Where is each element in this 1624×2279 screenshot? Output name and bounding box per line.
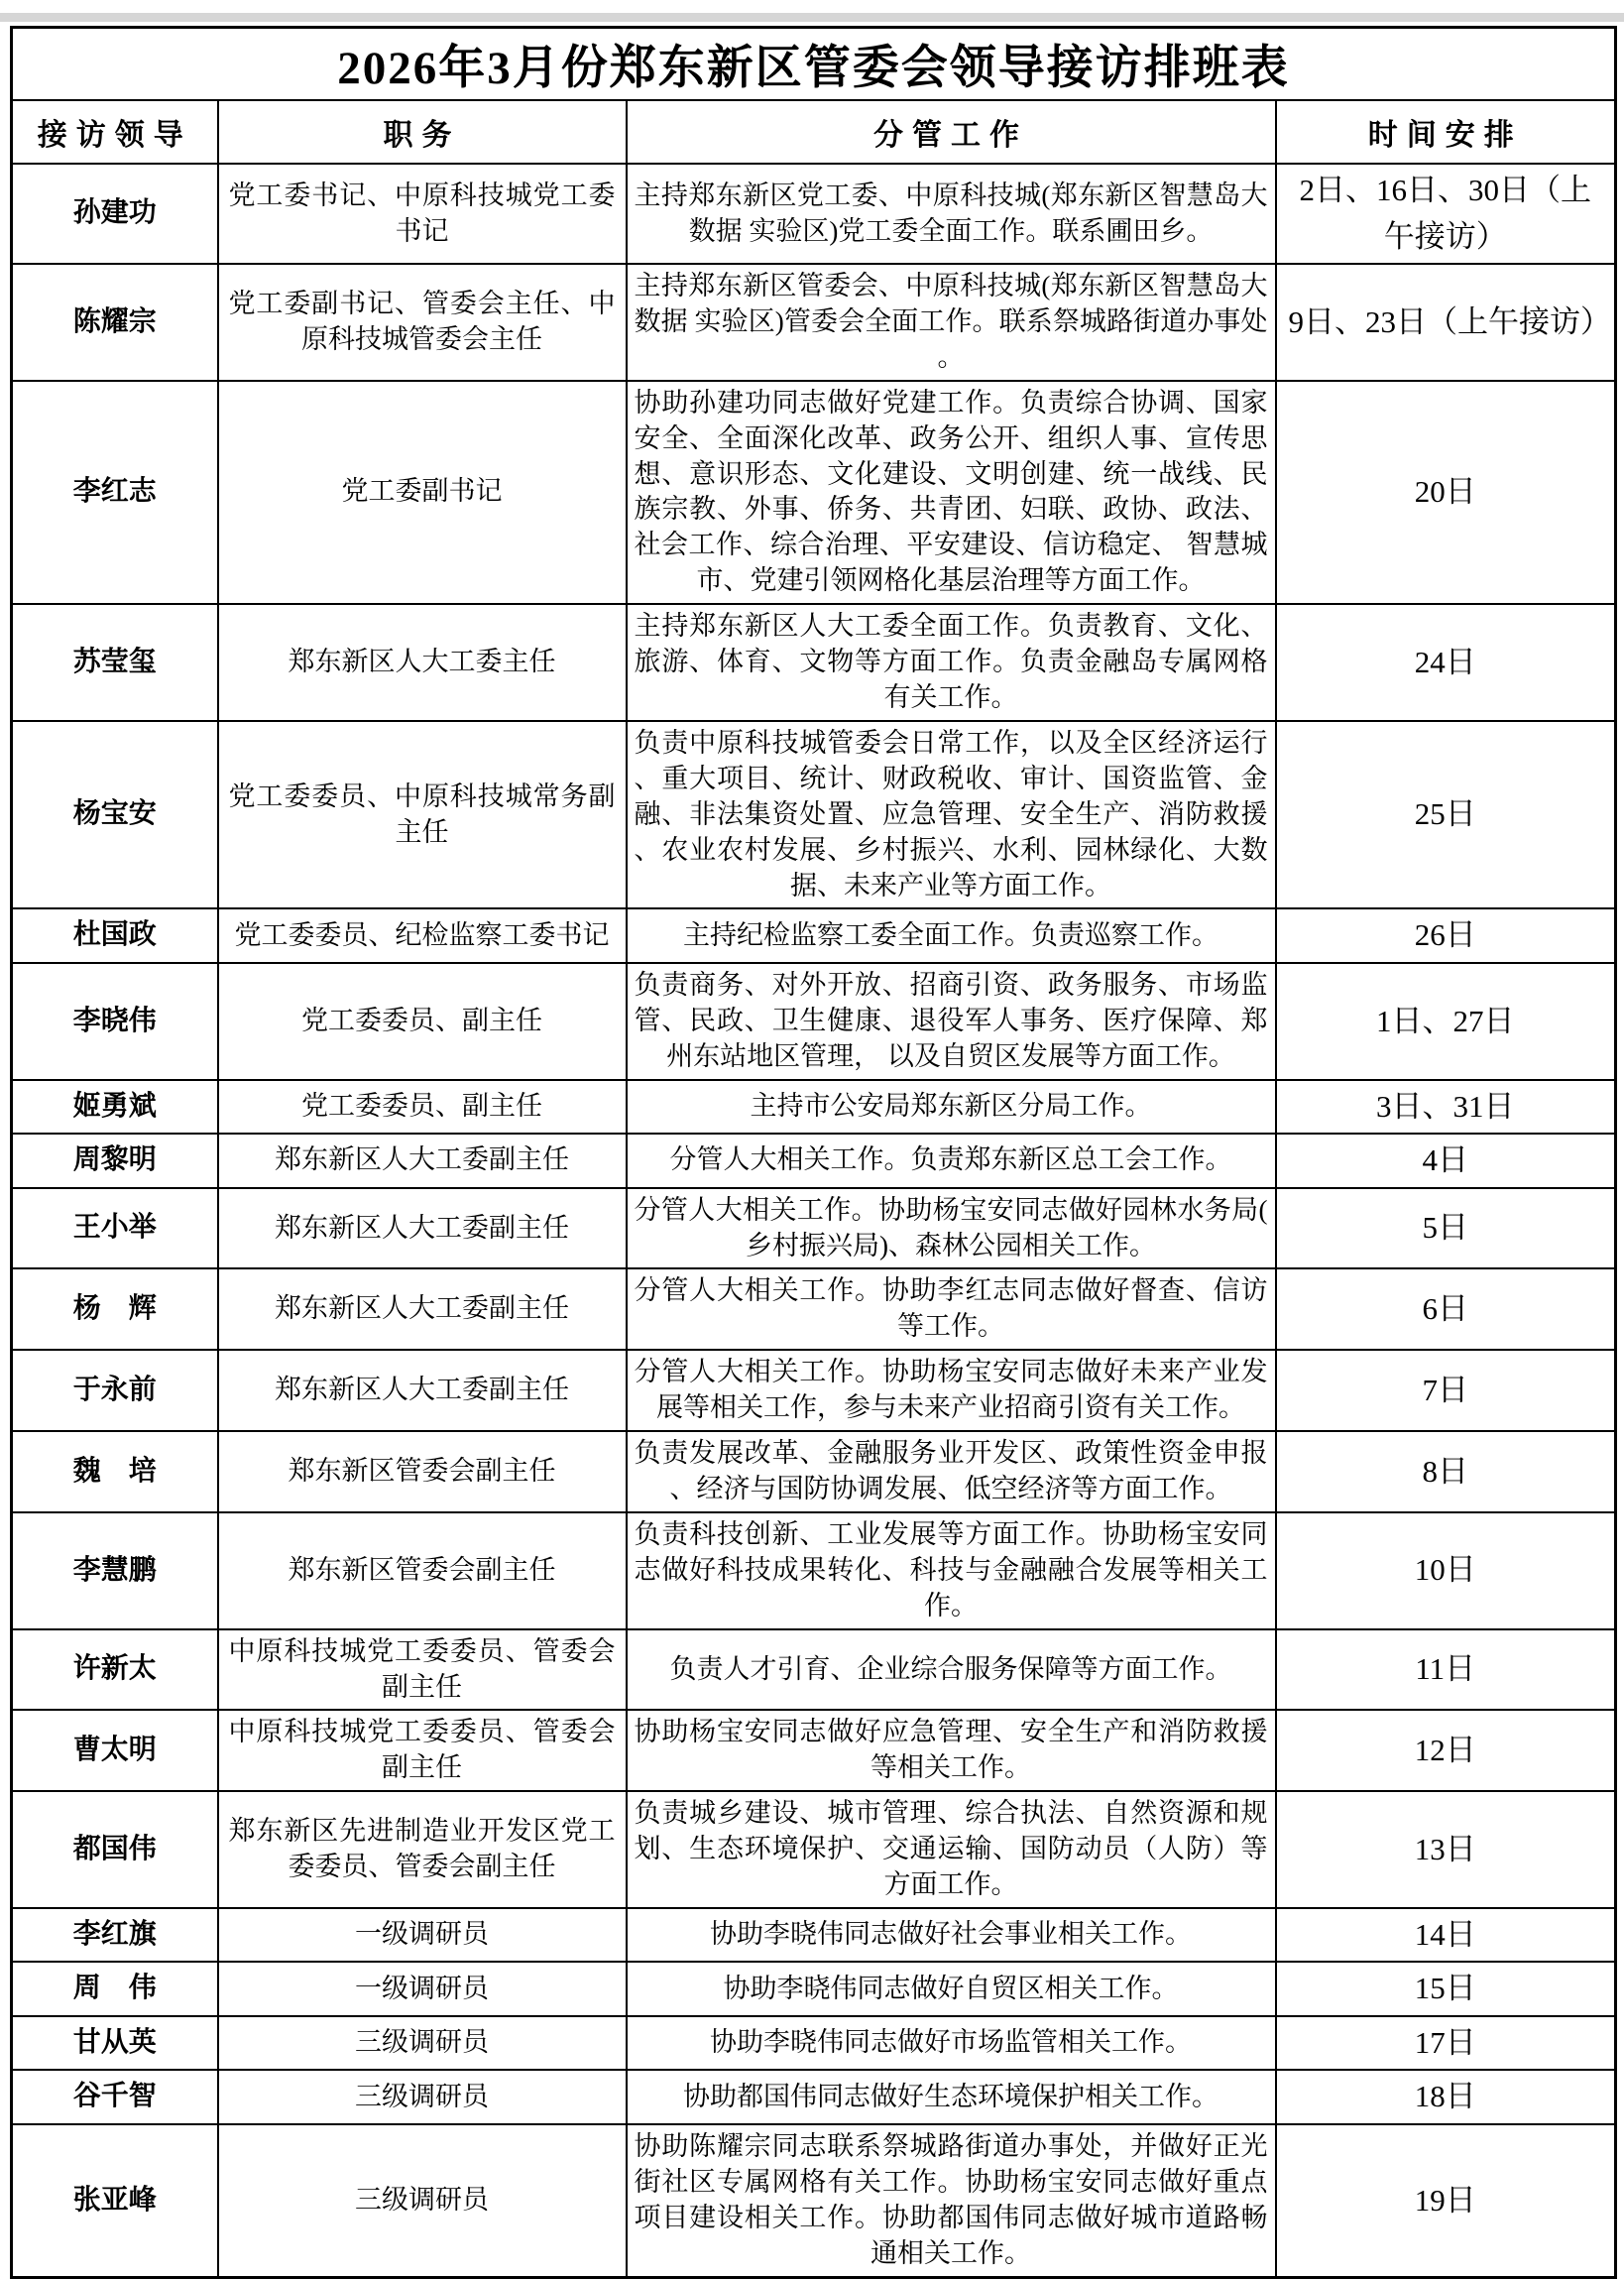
leader-position: 郑东新区管委会副主任 — [218, 1431, 627, 1512]
leader-duties: 协助李晓伟同志做好社会事业相关工作。 — [627, 1908, 1276, 1963]
leader-name: 苏莹玺 — [12, 604, 218, 721]
table-row: 王小举 郑东新区人大工委副主任 分管人大相关工作。协助杨宝安同志做好园林水务局(… — [12, 1188, 1616, 1269]
col-header-position: 职务 — [218, 100, 627, 164]
leader-schedule: 26日 — [1276, 908, 1616, 963]
leader-name: 曹太明 — [12, 1710, 218, 1791]
leader-schedule: 9日、23日（上午接访） — [1276, 264, 1616, 381]
leader-name: 魏 培 — [12, 1431, 218, 1512]
leader-schedule: 1日、27日 — [1276, 963, 1616, 1080]
leader-schedule: 18日 — [1276, 2070, 1616, 2124]
leader-position: 党工委委员、纪检监察工委书记 — [218, 908, 627, 963]
leader-duties: 协助陈耀宗同志联系祭城路街道办事处，并做好正光街社区专属网格有关工作。协助杨宝安… — [627, 2124, 1276, 2277]
leader-position: 郑东新区人大工委副主任 — [218, 1134, 627, 1188]
leader-position: 中原科技城党工委委员、管委会副主任 — [218, 1710, 627, 1791]
leader-duties: 负责商务、对外开放、招商引资、政务服务、市场监管、民政、卫生健康、退役军人事务、… — [627, 963, 1276, 1080]
leader-duties: 协助都国伟同志做好生态环境保护相关工作。 — [627, 2070, 1276, 2124]
table-row: 苏莹玺 郑东新区人大工委主任 主持郑东新区人大工委全面工作。负责教育、文化、旅游… — [12, 604, 1616, 721]
table-row: 谷千智 三级调研员 协助都国伟同志做好生态环境保护相关工作。 18日 — [12, 2070, 1616, 2124]
table-row: 杨 辉 郑东新区人大工委副主任 分管人大相关工作。协助李红志同志做好督查、信访等… — [12, 1268, 1616, 1350]
table-row: 李慧鹏 郑东新区管委会副主任 负责科技创新、工业发展等方面工作。协助杨宝安同志做… — [12, 1512, 1616, 1629]
leader-name: 甘从英 — [12, 2016, 218, 2071]
leader-name: 都国伟 — [12, 1791, 218, 1908]
leader-schedule: 14日 — [1276, 1908, 1616, 1963]
leader-name: 孙建功 — [12, 164, 218, 264]
table-row: 甘从英 三级调研员 协助李晓伟同志做好市场监管相关工作。 17日 — [12, 2016, 1616, 2071]
leader-duties: 分管人大相关工作。协助李红志同志做好督查、信访等工作。 — [627, 1268, 1276, 1350]
leader-schedule: 2日、16日、30日（上午接访） — [1276, 164, 1616, 264]
leader-position: 郑东新区管委会副主任 — [218, 1512, 627, 1629]
table-row: 周黎明 郑东新区人大工委副主任 分管人大相关工作。负责郑东新区总工会工作。 4日 — [12, 1134, 1616, 1188]
leader-schedule: 19日 — [1276, 2124, 1616, 2277]
leader-schedule: 5日 — [1276, 1188, 1616, 1269]
leader-duties: 协助杨宝安同志做好应急管理、安全生产和消防救援等相关工作。 — [627, 1710, 1276, 1791]
table-row: 都国伟 郑东新区先进制造业开发区党工委委员、管委会副主任 负责城乡建设、城市管理… — [12, 1791, 1616, 1908]
table-row: 陈耀宗 党工委副书记、管委会主任、中原科技城管委会主任 主持郑东新区管委会、中原… — [12, 264, 1616, 381]
leader-position: 党工委副书记、管委会主任、中原科技城管委会主任 — [218, 264, 627, 381]
leader-name: 周 伟 — [12, 1962, 218, 2016]
leader-duties: 负责城乡建设、城市管理、综合执法、自然资源和规划、生态环境保护、交通运输、国防动… — [627, 1791, 1276, 1908]
leader-schedule: 13日 — [1276, 1791, 1616, 1908]
leader-name: 李红志 — [12, 381, 218, 604]
col-header-leader: 接访领导 — [12, 100, 218, 164]
roster-body: 孙建功 党工委书记、中原科技城党工委书记 主持郑东新区党工委、中原科技城(郑东新… — [12, 164, 1616, 2277]
leader-name: 杨 辉 — [12, 1268, 218, 1350]
page-title: 2026年3月份郑东新区管委会领导接访排班表 — [12, 28, 1616, 101]
table-row: 李晓伟 党工委委员、副主任 负责商务、对外开放、招商引资、政务服务、市场监管、民… — [12, 963, 1616, 1080]
table-row: 于永前 郑东新区人大工委副主任 分管人大相关工作。协助杨宝安同志做好未来产业发展… — [12, 1350, 1616, 1431]
leader-schedule: 10日 — [1276, 1512, 1616, 1629]
leader-position: 郑东新区人大工委副主任 — [218, 1268, 627, 1350]
leader-position: 三级调研员 — [218, 2124, 627, 2277]
table-row: 魏 培 郑东新区管委会副主任 负责发展改革、金融服务业开发区、政策性资金申报、经… — [12, 1431, 1616, 1512]
leader-schedule: 17日 — [1276, 2016, 1616, 2071]
table-row: 许新太 中原科技城党工委委员、管委会副主任 负责人才引育、企业综合服务保障等方面… — [12, 1629, 1616, 1711]
roster-table: 2026年3月份郑东新区管委会领导接访排班表 接访领导 职务 分管工作 时间安排… — [10, 26, 1617, 2279]
table-row: 杨宝安 党工委委员、中原科技城常务副主任 负责中原科技城管委会日常工作，以及全区… — [12, 721, 1616, 909]
leader-schedule: 3日、31日 — [1276, 1080, 1616, 1135]
leader-duties: 主持郑东新区管委会、中原科技城(郑东新区智慧岛大数据 实验区)管委会全面工作。联… — [627, 264, 1276, 381]
leader-position: 党工委委员、副主任 — [218, 1080, 627, 1135]
leader-name: 李慧鹏 — [12, 1512, 218, 1629]
leader-duties: 负责发展改革、金融服务业开发区、政策性资金申报、经济与国防协调发展、低空经济等方… — [627, 1431, 1276, 1512]
leader-duties: 负责人才引育、企业综合服务保障等方面工作。 — [627, 1629, 1276, 1711]
leader-duties: 分管人大相关工作。协助杨宝安同志做好园林水务局(乡村振兴局)、森林公园相关工作。 — [627, 1188, 1276, 1269]
col-header-schedule: 时间安排 — [1276, 100, 1616, 164]
leader-duties: 协助李晓伟同志做好市场监管相关工作。 — [627, 2016, 1276, 2071]
leader-schedule: 15日 — [1276, 1962, 1616, 2016]
leader-name: 张亚峰 — [12, 2124, 218, 2277]
leader-name: 杜国政 — [12, 908, 218, 963]
leader-position: 一级调研员 — [218, 1908, 627, 1963]
leader-duties: 负责科技创新、工业发展等方面工作。协助杨宝安同志做好科技成果转化、科技与金融融合… — [627, 1512, 1276, 1629]
leader-schedule: 4日 — [1276, 1134, 1616, 1188]
leader-schedule: 24日 — [1276, 604, 1616, 721]
leader-position: 郑东新区先进制造业开发区党工委委员、管委会副主任 — [218, 1791, 627, 1908]
leader-position: 党工委委员、副主任 — [218, 963, 627, 1080]
leader-schedule: 6日 — [1276, 1268, 1616, 1350]
table-row: 孙建功 党工委书记、中原科技城党工委书记 主持郑东新区党工委、中原科技城(郑东新… — [12, 164, 1616, 264]
leader-position: 党工委副书记 — [218, 381, 627, 604]
leader-name: 于永前 — [12, 1350, 218, 1431]
leader-name: 杨宝安 — [12, 721, 218, 909]
leader-position: 三级调研员 — [218, 2016, 627, 2071]
leader-position: 郑东新区人大工委副主任 — [218, 1188, 627, 1269]
page-top-strip — [0, 13, 1624, 22]
leader-schedule: 7日 — [1276, 1350, 1616, 1431]
leader-name: 姬勇斌 — [12, 1080, 218, 1135]
col-header-duties: 分管工作 — [627, 100, 1276, 164]
table-row: 姬勇斌 党工委委员、副主任 主持市公安局郑东新区分局工作。 3日、31日 — [12, 1080, 1616, 1135]
table-row: 李红旗 一级调研员 协助李晓伟同志做好社会事业相关工作。 14日 — [12, 1908, 1616, 1963]
leader-duties: 分管人大相关工作。负责郑东新区总工会工作。 — [627, 1134, 1276, 1188]
table-row: 张亚峰 三级调研员 协助陈耀宗同志联系祭城路街道办事处，并做好正光街社区专属网格… — [12, 2124, 1616, 2277]
leader-position: 党工委书记、中原科技城党工委书记 — [218, 164, 627, 264]
leader-name: 许新太 — [12, 1629, 218, 1711]
leader-duties: 协助孙建功同志做好党建工作。负责综合协调、国家安全、全面深化改革、政务公开、组织… — [627, 381, 1276, 604]
leader-name: 王小举 — [12, 1188, 218, 1269]
leader-duties: 主持郑东新区人大工委全面工作。负责教育、文化、旅游、体育、文物等方面工作。负责金… — [627, 604, 1276, 721]
leader-schedule: 20日 — [1276, 381, 1616, 604]
leader-duties: 主持纪检监察工委全面工作。负责巡察工作。 — [627, 908, 1276, 963]
table-row: 周 伟 一级调研员 协助李晓伟同志做好自贸区相关工作。 15日 — [12, 1962, 1616, 2016]
leader-duties: 负责中原科技城管委会日常工作，以及全区经济运行、重大项目、统计、财政税收、审计、… — [627, 721, 1276, 909]
leader-position: 郑东新区人大工委主任 — [218, 604, 627, 721]
leader-schedule: 11日 — [1276, 1629, 1616, 1711]
table-row: 杜国政 党工委委员、纪检监察工委书记 主持纪检监察工委全面工作。负责巡察工作。 … — [12, 908, 1616, 963]
leader-position: 中原科技城党工委委员、管委会副主任 — [218, 1629, 627, 1711]
leader-schedule: 8日 — [1276, 1431, 1616, 1512]
leader-name: 李红旗 — [12, 1908, 218, 1963]
leader-position: 三级调研员 — [218, 2070, 627, 2124]
leader-position: 一级调研员 — [218, 1962, 627, 2016]
leader-duties: 主持市公安局郑东新区分局工作。 — [627, 1080, 1276, 1135]
leader-schedule: 25日 — [1276, 721, 1616, 909]
title-row: 2026年3月份郑东新区管委会领导接访排班表 — [12, 28, 1616, 101]
header-row: 接访领导 职务 分管工作 时间安排 — [12, 100, 1616, 164]
table-row: 李红志 党工委副书记 协助孙建功同志做好党建工作。负责综合协调、国家安全、全面深… — [12, 381, 1616, 604]
table-row: 曹太明 中原科技城党工委委员、管委会副主任 协助杨宝安同志做好应急管理、安全生产… — [12, 1710, 1616, 1791]
leader-position: 党工委委员、中原科技城常务副主任 — [218, 721, 627, 909]
leader-name: 谷千智 — [12, 2070, 218, 2124]
leader-duties: 分管人大相关工作。协助杨宝安同志做好未来产业发展等相关工作，参与未来产业招商引资… — [627, 1350, 1276, 1431]
leader-position: 郑东新区人大工委副主任 — [218, 1350, 627, 1431]
leader-name: 周黎明 — [12, 1134, 218, 1188]
leader-duties: 协助李晓伟同志做好自贸区相关工作。 — [627, 1962, 1276, 2016]
leader-duties: 主持郑东新区党工委、中原科技城(郑东新区智慧岛大数据 实验区)党工委全面工作。联… — [627, 164, 1276, 264]
leader-name: 陈耀宗 — [12, 264, 218, 381]
leader-name: 李晓伟 — [12, 963, 218, 1080]
leader-schedule: 12日 — [1276, 1710, 1616, 1791]
